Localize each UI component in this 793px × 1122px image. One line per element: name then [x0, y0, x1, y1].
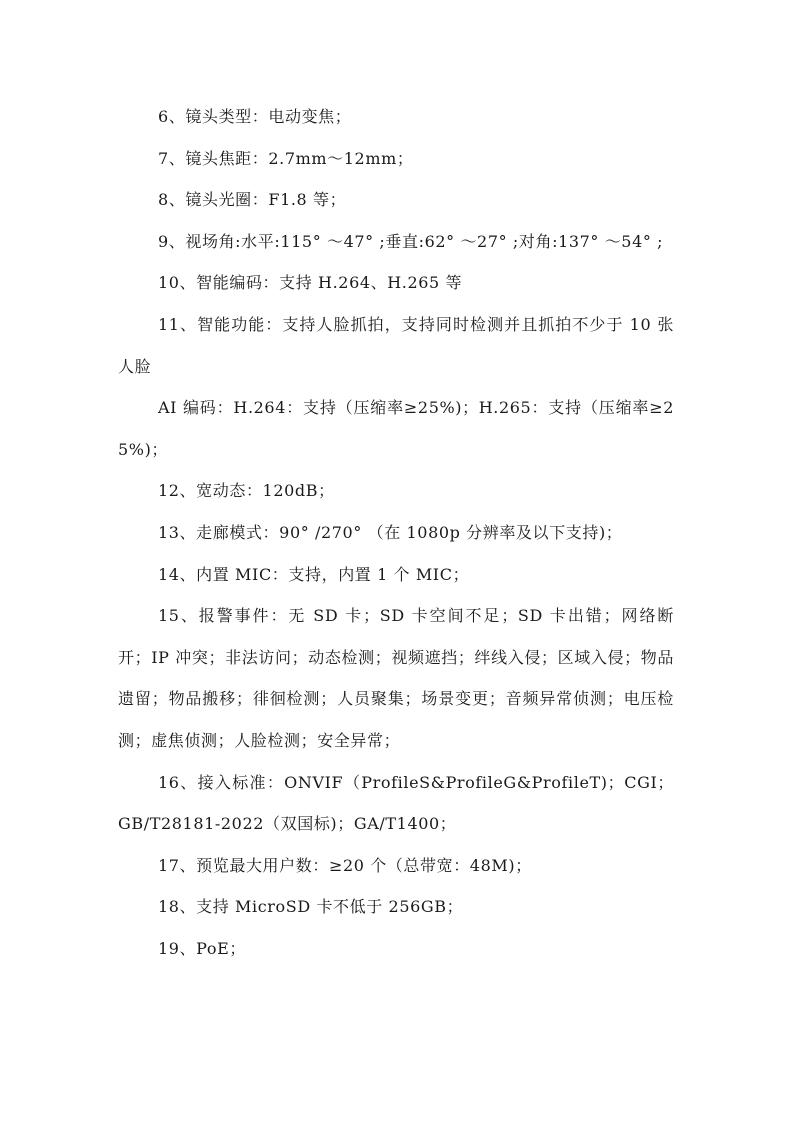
document-page: 6、镜头类型：电动变焦； 7、镜头焦距：2.7mm～12mm； 8、镜头光圈：F… [118, 96, 674, 969]
spec-item-alarm-events: 15、报警事件：无 SD 卡；SD 卡空间不足；SD 卡出错；网络断开；IP 冲… [118, 595, 674, 761]
spec-item-builtin-mic: 14、内置 MIC：支持，内置 1 个 MIC； [118, 554, 674, 596]
spec-item-smart-encoding: 10、智能编码：支持 H.264、H.265 等 [118, 262, 674, 304]
spec-item-field-of-view: 9、视场角:水平:115° ～47° ;垂直:62° ～27° ;对角:137°… [118, 221, 674, 263]
spec-item-max-preview-users: 17、预览最大用户数：≥20 个（总带宽：48M)； [118, 845, 674, 887]
spec-item-lens-type: 6、镜头类型：电动变焦； [118, 96, 674, 138]
spec-item-aperture: 8、镜头光圈：F1.8 等； [118, 179, 674, 221]
spec-item-access-standards: 16、接入标准：ONVIF（ProfileS&ProfileG&ProfileT… [118, 762, 674, 845]
spec-item-smart-functions: 11、智能功能：支持人脸抓拍，支持同时检测并且抓拍不少于 10 张人脸 [118, 304, 674, 387]
spec-item-ai-encoding: AI 编码：H.264：支持（压缩率≥25%)；H.265：支持（压缩率≥25%… [118, 387, 674, 470]
spec-item-focal-length: 7、镜头焦距：2.7mm～12mm； [118, 138, 674, 180]
spec-item-poe: 19、PoE； [118, 928, 674, 970]
spec-item-wdr: 12、宽动态：120dB； [118, 470, 674, 512]
spec-item-corridor-mode: 13、走廊模式：90° /270° （在 1080p 分辨率及以下支持)； [118, 512, 674, 554]
spec-item-microsd: 18、支持 MicroSD 卡不低于 256GB； [118, 886, 674, 928]
